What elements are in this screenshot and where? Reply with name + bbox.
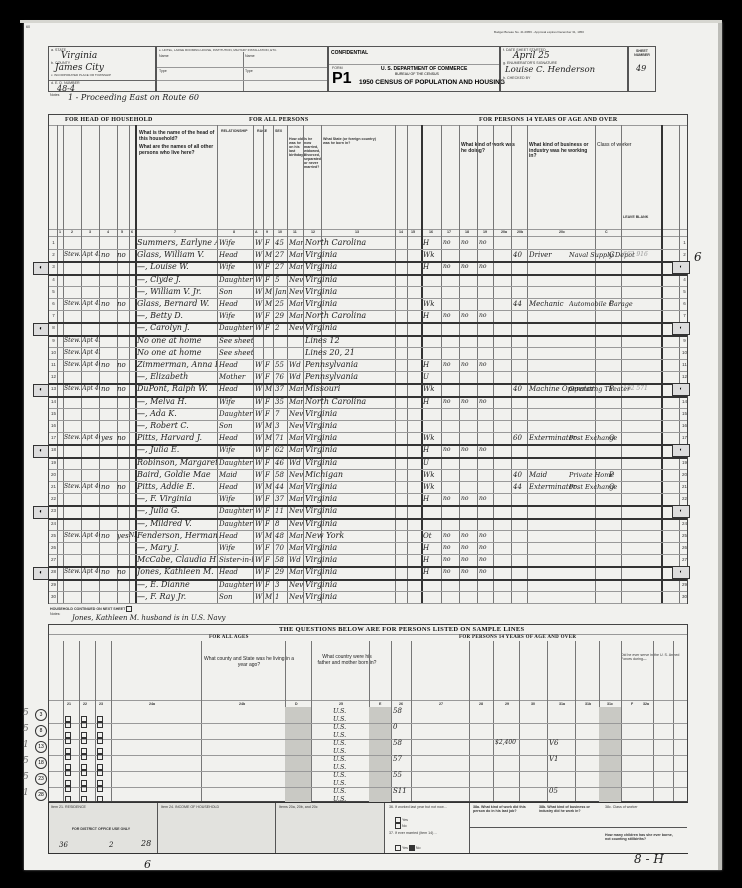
line-number: 22 (680, 493, 689, 505)
cell-q18: no (479, 396, 493, 408)
cell-sex: M (265, 432, 273, 444)
line-number: 7 (49, 310, 58, 322)
table-row: 2424—, Mildred V.DaughterWF8NevVirginia (49, 518, 687, 530)
checked-label: h. CHECKED BY (503, 76, 530, 80)
cell-race: W (255, 554, 263, 566)
line-number: 16 (49, 420, 58, 432)
table-row: 11Summers, Earlyne A.WifeWF45MarNorth Ca… (49, 237, 687, 249)
cell-q18: no (479, 542, 493, 554)
cell-age: 8 (275, 518, 289, 530)
cell-birth: Michigan (305, 469, 395, 481)
cell-cls: P (609, 298, 619, 310)
line-number: 14 (49, 396, 58, 408)
sample-column-number: 27 (439, 702, 443, 706)
cell-q15: H (423, 542, 441, 554)
question-36: 36. If worked last year but not now… (389, 805, 469, 809)
sample-row: 35U.S.U.S.58 (49, 707, 687, 723)
col-birthplace: What State (or foreign country) was he b… (323, 137, 383, 145)
margin-mark: 5 (23, 756, 29, 766)
cell-addr: Stew. Apt 458 (64, 335, 100, 347)
cell-name: —, Julia E. (137, 444, 217, 456)
question-37: 37. If ever married (item 14)… (389, 831, 469, 835)
cell-race: W (255, 444, 263, 456)
col-parents-birthplace: What country were his father and mother … (317, 655, 377, 666)
cell-sex: F (265, 396, 273, 408)
cell-name: Summers, Earlyne A. (137, 237, 217, 249)
table-row: 1717Stew. Apt 462yesnoPitts, Harvard J.H… (49, 432, 687, 444)
cell-cls: G (609, 249, 619, 261)
cell-birth: Lines 20, 21 (305, 347, 395, 359)
cell-race: W (255, 530, 263, 542)
cell-farm: no (101, 481, 117, 493)
cell-q15: Wk (423, 469, 441, 481)
sample-line-circle-icon: 8 (35, 725, 47, 737)
margin-mark: 5 (23, 724, 29, 734)
cell-name: Pitts, Addie E. (137, 481, 217, 493)
cell-race: W (255, 371, 263, 383)
line-number: 6 (49, 298, 58, 310)
cell-ind: Private Home (569, 469, 637, 481)
table-row: 1010Stew. Apt 459No one at homeSee sheet… (49, 347, 687, 359)
cell-race: W (255, 566, 263, 578)
cell-sex: F (265, 542, 273, 554)
cell-mar: Mar (289, 396, 303, 408)
line-number: 29 (680, 579, 689, 591)
table-row: 2121Stew. Apt 463nonoPitts, Addie E.Head… (49, 481, 687, 493)
cell-mar: Nev (289, 469, 303, 481)
table-row: 99Stew. Apt 458No one at homeSee sheet 3… (49, 335, 687, 347)
cell-q15: H (423, 261, 441, 273)
cell-q18: no (479, 493, 493, 505)
sample-cell-father: U.S. (333, 739, 346, 747)
cell-mar: Nev (289, 591, 303, 603)
cell-mar: Nev (289, 420, 303, 432)
cell-addr: Stew. Apt 462 (64, 432, 100, 444)
cell-q16: no (443, 261, 459, 273)
line-number: 4 (49, 274, 58, 286)
sample-row: 235U.S.U.S.55 (49, 771, 687, 787)
cell-addr: Stew. Apt 457 (64, 298, 100, 310)
sample-column-number: 31c (607, 702, 613, 706)
cell-q18: no (479, 261, 493, 273)
cell-rel: Mother (219, 371, 253, 383)
sample-line-marker-icon: ◐ (672, 322, 690, 335)
column-number: 11 (293, 230, 297, 234)
cell-sex: F (265, 554, 273, 566)
section-head-of-household: FOR HEAD OF HOUSEHOLD (65, 117, 153, 123)
cell-birth: Pennsylvania (305, 371, 395, 383)
census-sheet: 60 Budget Bureau No. 41-R956 - Approval … (24, 22, 722, 870)
cell-name: —, William V. Jr. (137, 286, 217, 298)
cell-q18: no (479, 444, 493, 456)
title-box: CONFIDENTIAL FORM P1 U. S. DEPARTMENT OF… (328, 46, 500, 92)
cell-birth: Virginia (305, 420, 395, 432)
cell-q16: no (443, 444, 459, 456)
cell-acres: no (117, 249, 129, 261)
table-row: 1313Stew. Apt 461nonoDuPont, Ralph W.Hea… (49, 383, 687, 395)
cell-rel: Head (219, 481, 253, 493)
cell-mar: Mar (289, 249, 303, 261)
column-number: 20c (559, 230, 565, 234)
sample-line-marker-icon: ◐ (33, 445, 49, 458)
table-row: 2222—, F. VirginiaWifeWF37MarVirginiaHno… (49, 493, 687, 505)
cell-name: Robinson, Margaret E. (137, 457, 217, 469)
cell-name: Pitts, Harvard J. (137, 432, 217, 444)
cell-birth: Virginia (305, 505, 395, 517)
cell-name: McCabe, Claudia H. (137, 554, 217, 566)
q36-yes-label: Yes (402, 818, 408, 822)
cell-rel: See sheet 32 (219, 347, 253, 359)
line-number: 26 (49, 542, 58, 554)
cell-race: W (255, 237, 263, 249)
cell-sex: M (265, 591, 273, 603)
cell-birth: Virginia (305, 457, 395, 469)
column-number: 16 (429, 230, 433, 234)
cell-farm: no (101, 359, 117, 371)
sheet-number-label: SHEET NUMBER (631, 49, 653, 57)
column-number: 6 (131, 230, 133, 234)
sample-line-marker-icon: ◐ (672, 383, 690, 396)
column-number: 12 (311, 230, 315, 234)
cell-acres: no (117, 432, 129, 444)
sample-cell-grade: 55 (393, 771, 402, 779)
cell-q17: no (461, 359, 477, 371)
column-number: 13 (355, 230, 359, 234)
line-number: 17 (49, 432, 58, 444)
table-row: 55—, William V. Jr.SonWMJanNevVirginia (49, 286, 687, 298)
sample-column-number: E (379, 702, 381, 706)
cell-age: 29 (275, 566, 289, 578)
sample-cell-grade: 0 (393, 723, 397, 731)
cell-q17: no (461, 310, 477, 322)
cell-birth: Virginia (305, 579, 395, 591)
q36-no-checkbox[interactable] (395, 823, 401, 829)
cell-age: 55 (275, 359, 289, 371)
cell-rel: Head (219, 383, 253, 395)
cell-q15: H (423, 310, 441, 322)
cell-birth: New York (305, 530, 395, 542)
cell-sex: F (265, 274, 273, 286)
line-number: 9 (680, 335, 689, 347)
header-notes: 1 - Proceeding East on Route 60 (68, 93, 199, 102)
table-row: 2626—, Mary J.WifeWF70MarVirginiaHnonono (49, 542, 687, 554)
sample-line-circle-icon: 13 (35, 741, 47, 753)
cell-sex: F (265, 408, 273, 420)
col-sex: SEX (275, 129, 282, 133)
q37-yes-checkbox[interactable] (395, 845, 401, 851)
cell-q18: no (479, 554, 493, 566)
cell-farm: no (101, 530, 117, 542)
cell-race: W (255, 420, 263, 432)
cell-mar: Wd (289, 359, 303, 371)
cell-birth: Virginia (305, 444, 395, 456)
cell-race: W (255, 310, 263, 322)
sample-cell-grade: 58 (393, 739, 402, 747)
hotel-type-label: Type (159, 69, 167, 73)
cell-rel: Wife (219, 261, 253, 273)
cell-rel: Wife (219, 493, 253, 505)
sample-column-number: 28 (479, 702, 483, 706)
line-number: 21 (49, 481, 58, 493)
cell-race: W (255, 579, 263, 591)
hotel-type-label-2: Type (245, 69, 253, 73)
cell-q16: no (443, 493, 459, 505)
column-number: 4 (107, 230, 109, 234)
cell-mar: Nev (289, 518, 303, 530)
cell-acres: yes (117, 530, 129, 542)
cell-rel: Sister-in-law (219, 554, 253, 566)
cell-mar: Nev (289, 505, 303, 517)
cell-race: W (255, 298, 263, 310)
cell-sex: F (265, 566, 273, 578)
cell-cls: P (609, 383, 619, 395)
sample-line-marker-icon: ◐ (672, 505, 690, 518)
cell-q17: no (461, 237, 477, 249)
cell-acres: no (117, 481, 129, 493)
county-value: James City (55, 63, 104, 73)
cell-age: 48 (275, 530, 289, 542)
cell-name: —, Ada K. (137, 408, 217, 420)
column-number: 5 (121, 230, 123, 234)
cell-age: 5 (275, 274, 289, 286)
cell-birth: Virginia (305, 432, 395, 444)
cell-q15: U (423, 457, 441, 469)
table-row: 1616—, Robert C.SonWM3NevVirginia (49, 420, 687, 432)
cell-mar: Mar (289, 383, 303, 395)
cell-race: W (255, 383, 263, 395)
cell-q15: H (423, 396, 441, 408)
cell-mar: Nev (289, 322, 303, 334)
cell-cls: O (609, 432, 619, 444)
cell-extra: NE (129, 530, 137, 542)
cell-age: 58 (275, 554, 289, 566)
footer-item-residence: Item 21. RESIDENCE (51, 805, 151, 809)
sample-column-number: F (631, 702, 633, 706)
cell-rel: Wife (219, 396, 253, 408)
row-divider (49, 603, 687, 604)
sample-lines-table: THE QUESTIONS BELOW ARE FOR PERSONS LIST… (48, 624, 688, 802)
cell-sex: F (265, 359, 273, 371)
cell-race: W (255, 396, 263, 408)
cell-mar: Nev (289, 274, 303, 286)
column-number: C (605, 230, 608, 234)
cell-q16: no (443, 554, 459, 566)
cell-farm: no (101, 249, 117, 261)
cell-rel: Daughter (219, 518, 253, 530)
cell-mar: Mar (289, 237, 303, 249)
cell-q18: no (479, 237, 493, 249)
bottom-notes: Jones, Kathleen M. husband is in U.S. Na… (72, 614, 226, 622)
cell-q18: no (479, 530, 493, 542)
sample-cell-code: 05 (549, 787, 558, 795)
footer-item-income: Item 24. INCOME OF HOUSEHOLD (161, 805, 219, 809)
cell-q17: no (461, 554, 477, 566)
sample-line-marker-icon: ◐ (33, 323, 49, 336)
sample-line-circle-icon: 23 (35, 773, 47, 785)
line-number: 11 (49, 359, 58, 371)
line-number: 18 (49, 444, 58, 456)
cell-q17: no (461, 444, 477, 456)
cell-rel: Maid (219, 469, 253, 481)
line-number: 11 (680, 359, 689, 371)
footer-instructions: Item 21. RESIDENCE FOR DISTRICT OFFICE U… (48, 802, 688, 854)
cell-rel: Son (219, 286, 253, 298)
column-number: 7 (174, 230, 176, 234)
cell-age: 46 (275, 457, 289, 469)
cell-name: —, E. Dianne (137, 579, 217, 591)
sample-column-number: 25 (339, 702, 343, 706)
cell-q15: Wk (423, 432, 441, 444)
cell-age: 11 (275, 505, 289, 517)
q37-no-checkbox[interactable] (409, 845, 415, 851)
cell-ind: Post Exchange (569, 481, 637, 493)
cell-name: —, Carolyn J. (137, 322, 217, 334)
cell-q15: Wk (423, 298, 441, 310)
cell-farm: no (101, 383, 117, 395)
sample-column-number: 24b (239, 702, 245, 706)
sample-column-number: 32a (643, 702, 649, 706)
cell-mar: Nev (289, 408, 303, 420)
cell-q15: H (423, 444, 441, 456)
sample-row: 281U.S.U.S.S1105 (49, 787, 687, 803)
sample-cell-mother: U.S. (333, 747, 346, 755)
cell-mar: Mar (289, 566, 303, 578)
line-number: 4 (680, 274, 689, 286)
sample-line-circle-icon: 3 (35, 709, 47, 721)
cell-q15: H (423, 493, 441, 505)
q37-yes-label: Yes (402, 846, 408, 850)
sample-row: 85U.S.U.S.0 (49, 723, 687, 739)
col-relationship: RELATIONSHIP (221, 129, 248, 133)
line-number: 5 (680, 286, 689, 298)
cell-ind: Automobile Garage (569, 298, 637, 310)
table-row: 1515—, Ada K.DaughterWF7NevVirginia (49, 408, 687, 420)
column-number: 20a (501, 230, 507, 234)
cell-age: 37 (275, 383, 289, 395)
cell-age: 62 (275, 444, 289, 456)
sample-line-marker-icon: ◐ (672, 566, 690, 579)
line-number: 3 (49, 261, 58, 273)
line-number: 6 (680, 298, 689, 310)
bureau: BUREAU OF THE CENSUS (395, 72, 439, 76)
column-number: 8 (233, 230, 235, 234)
location-box: a. STATE Virginia b. COUNTY James City c… (48, 46, 156, 92)
col-age: How old was he on his last birthday? (289, 137, 303, 157)
sample-column-number: 24a (149, 702, 155, 706)
question-children-born: How many children has she ever borne, no… (605, 833, 675, 841)
column-number: 10 (278, 230, 282, 234)
line-number: 20 (49, 469, 58, 481)
page-mark: 60 (26, 25, 30, 29)
column-number: 3 (89, 230, 91, 234)
cell-rel: Head (219, 298, 253, 310)
line-number: 15 (680, 408, 689, 420)
line-number: 20 (680, 469, 689, 481)
cell-rel: Son (219, 420, 253, 432)
cell-ind: Post Exchange (569, 432, 637, 444)
cell-q17: no (461, 530, 477, 542)
line-number: 27 (49, 554, 58, 566)
sample-line-marker-icon: ◐ (672, 444, 690, 457)
cell-q16: no (443, 542, 459, 554)
margin-mark: 5 (23, 708, 29, 718)
cell-addr: Stew. Apt 463 (64, 481, 100, 493)
sample-column-number: 30 (531, 702, 535, 706)
cell-q15: Wk (423, 383, 441, 395)
line-number: 30 (680, 591, 689, 603)
hotel-label: e. HOTEL, LARGE ROOMING HOUSE, INSTITUTI… (159, 48, 277, 52)
cell-q15: H (423, 554, 441, 566)
cell-q15: H (423, 359, 441, 371)
sample-cell-father: U.S. (333, 787, 346, 795)
cell-mar: Nev (289, 579, 303, 591)
table-row: 3030—, F. Ray Jr.SonWM1NevVirginia (49, 591, 687, 603)
table-row: 66Stew. Apt 457nonoGlass, Bernard W.Head… (49, 298, 687, 310)
line-number: 26 (680, 542, 689, 554)
cell-rel: Daughter (219, 274, 253, 286)
column-number: 15 (411, 230, 415, 234)
line-number: 30 (49, 591, 58, 603)
cell-sex: M (265, 383, 273, 395)
cell-birth: Virginia (305, 518, 395, 530)
margin-mark: 1 (23, 740, 29, 750)
cell-name: Glass, William V. (137, 249, 217, 261)
sample-cell-code: V1 (549, 755, 559, 763)
cell-race: W (255, 249, 263, 261)
cell-hours: 44 (513, 298, 527, 310)
cell-addr: Stew. Apt 456 (64, 249, 100, 261)
cell-race: W (255, 469, 263, 481)
cell-q15: Wk (423, 481, 441, 493)
cell-birth: Virginia (305, 493, 395, 505)
sample-column-number: 21 (67, 702, 71, 706)
table-row: 2020Baird, Goldie MaeMaidWF58NevMichigan… (49, 469, 687, 481)
cell-sex: M (265, 298, 273, 310)
col-occupation: What kind of work was he doing? (461, 143, 521, 154)
continued-checkbox[interactable] (126, 606, 132, 612)
cell-age: 27 (275, 261, 289, 273)
cell-age: 37 (275, 493, 289, 505)
table-row: 1919Robinson, Margaret E.DaughterWF46WdV… (49, 457, 687, 469)
cell-hours: 40 (513, 383, 527, 395)
cell-rel: Daughter (219, 579, 253, 591)
section-all-persons: FOR ALL PERSONS (249, 117, 309, 123)
sample-cell-mother: U.S. (333, 779, 346, 787)
cell-mar: Mar (289, 493, 303, 505)
cell-hours: 40 (513, 469, 527, 481)
date-value: April 25 (513, 51, 550, 61)
cell-age: 27 (275, 249, 289, 261)
line-number: 29 (49, 579, 58, 591)
household-continued: HOUSEHOLD CONTINUED ON NEXT SHEET (50, 606, 133, 612)
cell-age: 70 (275, 542, 289, 554)
sample-cell-father: U.S. (333, 771, 346, 779)
cell-mar: Mar (289, 298, 303, 310)
cell-race: W (255, 432, 263, 444)
form-id: P1 (332, 70, 352, 88)
cell-mar: Nev (289, 286, 303, 298)
cell-farm: no (101, 566, 117, 578)
cell-acres: no (117, 298, 129, 310)
cell-name: Fenderson, Herman T. (137, 530, 217, 542)
cell-name: No one at home (137, 335, 217, 347)
cell-name: —, Louise W. (137, 261, 217, 273)
cell-q18: no (479, 566, 493, 578)
cell-hours: 40 (513, 249, 527, 261)
district-number-2: 2 (109, 841, 113, 849)
cell-mar: Wd (289, 554, 303, 566)
cell-sex: M (265, 249, 273, 261)
